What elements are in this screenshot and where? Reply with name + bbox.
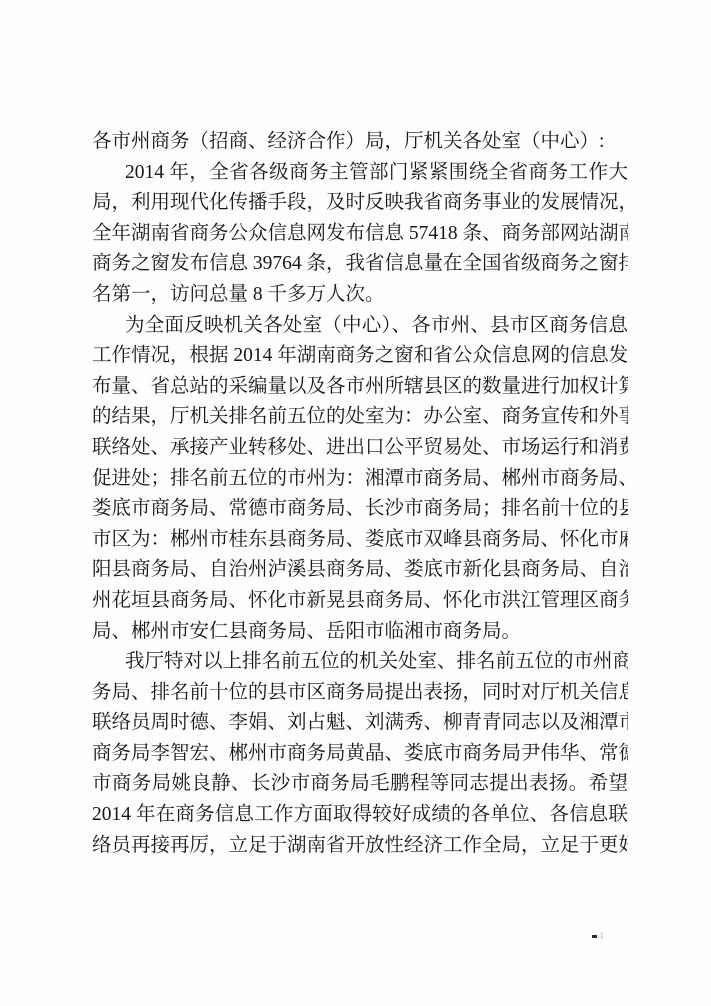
mark-dash-icon [592, 935, 597, 938]
text-line: 务局、排名前十位的县市区商务局提出表扬，同时对厅机关信息 [92, 678, 628, 709]
text-line: 全年湖南省商务公众信息网发布信息 57418 条、商务部网站湖南 [92, 219, 628, 250]
text-line: 为全面反映机关各处室（中心）、各市州、县市区商务信息 [92, 311, 628, 342]
text-line: 的结果，厅机关排名前五位的处室为：办公室、商务宣传和外事 [92, 402, 628, 433]
text-line: 商务之窗发布信息 39764 条，我省信息量在全国省级商务之窗排 [92, 249, 628, 280]
page-number-faint: 4 [598, 929, 604, 943]
text-line-salutation: 各市州商务（招商、经济合作）局，厅机关各处室（中心）: [92, 127, 628, 158]
text-line: 联络员周时德、李娟、刘占魁、刘满秀、柳青青同志以及湘潭市 [92, 708, 628, 739]
text-line-paragraph-end: 名第一，访问总量 8 千多万人次。 [92, 280, 628, 311]
scanned-document-page: 各市州商务（招商、经济合作）局，厅机关各处室（中心）: 2014 年，全省各级商… [0, 0, 711, 1006]
page-number-mark: 4 [592, 929, 604, 943]
text-line: 联络处、承接产业转移处、进出口公平贸易处、市场运行和消费 [92, 433, 628, 464]
text-line: 市区为：郴州市桂东县商务局、娄底市双峰县商务局、怀化市麻 [92, 525, 628, 556]
text-line: 阳县商务局、自治州泸溪县商务局、娄底市新化县商务局、自治 [92, 555, 628, 586]
text-line: 州花垣县商务局、怀化市新晃县商务局、怀化市洪江管理区商务 [92, 586, 628, 617]
text-line: 我厅特对以上排名前五位的机关处室、排名前五位的市州商 [92, 647, 628, 678]
text-line: 工作情况，根据 2014 年湖南商务之窗和省公众信息网的信息发 [92, 341, 628, 372]
text-line: 局，利用现代化传播手段，及时反映我省商务事业的发展情况， [92, 188, 628, 219]
text-line: 布量、省总站的采编量以及各市州所辖县区的数量进行加权计算 [92, 372, 628, 403]
text-line-paragraph-end: 局、郴州市安仁县商务局、岳阳市临湘市商务局。 [92, 617, 628, 648]
document-body: 各市州商务（招商、经济合作）局，厅机关各处室（中心）: 2014 年，全省各级商… [92, 127, 628, 861]
text-line: 娄底市商务局、常德市商务局、长沙市商务局；排名前十位的县 [92, 494, 628, 525]
text-line: 2014 年在商务信息工作方面取得较好成绩的各单位、各信息联 [92, 800, 628, 831]
text-line: 促进处；排名前五位的市州为：湘潭市商务局、郴州市商务局、 [92, 464, 628, 495]
text-line: 商务局李智宏、郴州市商务局黄晶、娄底市商务局尹伟华、常德 [92, 739, 628, 770]
text-line: 络员再接再厉，立足于湖南省开放性经济工作全局，立足于更好 [92, 831, 628, 862]
text-line: 市商务局姚良静、长沙市商务局毛鹏程等同志提出表扬。希望 [92, 769, 628, 800]
text-line: 2014 年，全省各级商务主管部门紧紧围绕全省商务工作大 [92, 158, 628, 189]
